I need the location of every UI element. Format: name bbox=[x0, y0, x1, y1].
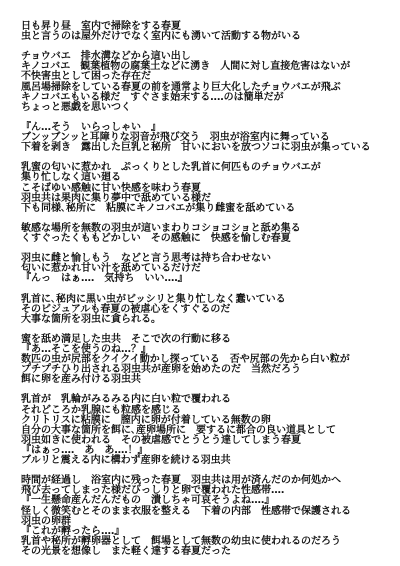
paragraph: チョウバエ 排水溝などから這い出し キノコバエ 観葉植物の腐葉土などに湧き 人間… bbox=[21, 52, 391, 113]
paragraph: 乳蜜の匂いに惹かれ ぷっくりとした乳首に何匹ものチョウバエが 集り忙しなく這い廻… bbox=[21, 163, 391, 213]
dialogue-line: 『一生懸命産んだんだもの 潰しちゃ可哀そうよね‥‥』 bbox=[21, 496, 391, 506]
dialogue-line: 『んっ はぁ‥‥ 気持ち いい‥‥』 bbox=[21, 274, 391, 284]
text-line: その光景を想像し また軽く達する春夏だった bbox=[21, 547, 391, 557]
paragraph: 『ん…そう いらっしゃい 』 ブンッブンッと耳障りな羽音が飛び交う 羽虫が浴室内… bbox=[21, 123, 391, 153]
text-line: 集り忙しなく這い廻る bbox=[21, 173, 391, 183]
text-line: 餌に卵を産み付ける羽虫共 bbox=[21, 375, 391, 385]
text-line: くすぐったくももどかしい その感触に 快感を愉しむ春夏 bbox=[21, 234, 391, 244]
text-line: 大事な箇所を羽虫に貪られる。 bbox=[21, 315, 391, 325]
paragraph: 羽虫に雌と愉しもう などと言う思考は持ち合わせない 匂いに惹かれ甘い汁を舐めてい… bbox=[21, 254, 391, 284]
document-page: 日も昇り昼 室内で掃除をする春夏 虫と言うのは屋外だけでなく室内にも湧いて活動す… bbox=[21, 22, 391, 566]
paragraph: 敏感な場所を無数の羽虫が這いまわりコショコショと舐め集る くすぐったくももどかし… bbox=[21, 224, 391, 244]
paragraph: 日も昇り昼 室内で掃除をする春夏 虫と言うのは屋外だけでなく室内にも湧いて活動す… bbox=[21, 22, 391, 42]
text-line: 下着を剥き 露出した巨乳と秘所 甘いにおいを放つソコに羽虫が集っている bbox=[21, 143, 391, 153]
paragraph: 乳首が 乳輪がみるみる内に白い粒で覆われる それどころか乳腺にも粒感を感じる ク… bbox=[21, 395, 391, 466]
paragraph: 時間が経過し 浴室内に残った春夏 羽虫共は用が済んだのか何処かへ 飛び去ってしま… bbox=[21, 476, 391, 557]
text-line: 虫と言うのは屋外だけでなく室内にも湧いて活動する物がいる bbox=[21, 32, 391, 42]
text-line: 怪しく微笑むとそのまま衣服を整える 下着の内部 性感帯で保護される bbox=[21, 507, 391, 517]
text-line: ちょっと悪戯を思いつく bbox=[21, 103, 391, 113]
text-line: ブルリと震える内に構わず産卵を続ける羽虫共 bbox=[21, 456, 391, 466]
paragraph: 乳首に､秘肉に黒い虫がビッシリと集り忙しなく蠢いている そのビジュアルも春夏の被… bbox=[21, 295, 391, 325]
text-line: 下も同様､秘所に 粘膜にキノコバエが集り雌蜜を舐めている bbox=[21, 204, 391, 214]
paragraph: 蜜を舐め満足した虫共 そこで次の行動に移る 『あ…そこを使うのね…？』 数匹の虫… bbox=[21, 335, 391, 385]
